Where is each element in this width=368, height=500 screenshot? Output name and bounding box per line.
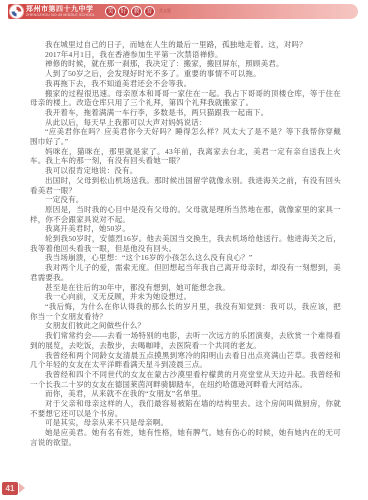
paragraph: 原因是，当时我的心目中是没有父母的。父母就是理所当然地在那，就像家里的家具一样，… — [30, 205, 341, 224]
paragraph: 妈咪在，猫咪在，那里就是家了。43年前，我离家去台北，美君一定有亲自送我上火车。… — [30, 147, 341, 166]
magazine-page: { "header": { "school_name": "郑州市第四十九中学"… — [0, 0, 368, 500]
paragraph: 我再拖下去，我不知道美君还会不会等我。 — [30, 79, 341, 89]
school-subtitle: ZHENGZHOU NO.49 MIDDLE SCHOOL — [26, 14, 95, 18]
paragraph: “我后悔，为什么在你认得我的那么长的岁月里，我没有知觉到：我可以，我应该，把你当… — [30, 302, 341, 321]
paragraph: 搬家的过程很迅速。母亲原本和哥哥一家住在一起。我占下哥哥的顶楼仓库，等于住在母亲… — [30, 89, 341, 108]
badge-char-4: 育 — [147, 9, 153, 15]
school-logo-icon — [10, 5, 23, 18]
paragraph: 我离开美君时，她50岁。 — [30, 224, 341, 234]
paragraph: 我对两个儿子的爱，需索无度。但回想起当年我自己离开母亲时，却没有一刻想到，美君需… — [30, 263, 341, 282]
paragraph: 人到了50岁之后，会发现好时光不多了。重要的事情不可以拖。 — [30, 69, 341, 79]
paragraph: 我们常常约会——去看一场特别的电影，去听一次远方的乐团演奏，去欣赏一个难得看到的… — [30, 331, 341, 350]
paragraph: 一定没有。 — [30, 195, 341, 205]
paragraph: 出国时，父母到松山机场送我。那时候出国留学就像永别。我进海关之前，有没有回头看美… — [30, 176, 341, 195]
paragraph: 甚至是在往后的30年中，都没有想到，她可能想念我。 — [30, 283, 341, 293]
paragraph: 从此以后，每天早上我都可以大声对妈妈说话： — [30, 118, 341, 128]
badge-row: 美 好 教 育 — [105, 6, 157, 17]
edition-label: 美文版 — [159, 9, 171, 13]
article-body: 我在城里过自己的日子，而她在人生的最后一里路，孤独地走着。这，对吗？ 2017年… — [30, 40, 341, 448]
paragraph: 我曾经和两个同龄女友清晨五点摸黑到寒冷的阳明山去看日出点亮满山芒草。我曾经和几个… — [30, 351, 341, 370]
paragraph: 可是其实，母亲从来不只是母亲啊。 — [30, 418, 341, 428]
page-number: 41 — [6, 485, 15, 493]
paragraph: 轮到我50岁时，安德烈16岁。他去美国当交换生，我去机场给他送行。他进海关之后，… — [30, 234, 341, 253]
badge-char-2: 好 — [121, 9, 127, 15]
paragraph: 我开着车，拖着满满一车行李，多数是书，两只猫跟我一起南下。 — [30, 108, 341, 118]
badge-circle-4: 育 — [144, 6, 155, 17]
paragraph: 我在城里过自己的日子，而她在人生的最后一里路，孤独地走着。这，对吗？ — [30, 40, 341, 50]
paragraph: “应美君你在吗？应美君你今天好吗？睡得怎么样？风太大了是不是？等下我帮你穿戴围巾… — [30, 127, 341, 146]
paragraph: 我可以很肯定地说：没有。 — [30, 166, 341, 176]
header-ribbon: 郑州市第四十九中学 ZHENGZHOU NO.49 MIDDLE SCHOOL … — [8, 4, 358, 19]
badge-char-1: 美 — [108, 9, 114, 15]
paragraph: 对于父亲和母亲这样的人，我们最容易被陷在墙的结构里去。这个房间叫做厨房，你就不要… — [30, 399, 341, 418]
paragraph: 我当场崩溃，心里想：“这个16岁的小孩怎么这么没有良心？” — [30, 253, 341, 263]
school-name: 郑州市第四十九中学 — [26, 6, 95, 13]
paragraph: 而你，美君，从来就不在我的“女朋友”名单里。 — [30, 389, 341, 399]
paragraph: 她是应美君。她有名有姓，她有性格，她有脾气。她有伤心的时候，她有她内在的无可言说… — [30, 428, 341, 447]
paragraph: 女朋友们彼此之间做些什么？ — [30, 321, 341, 331]
badge-circle-2: 好 — [118, 6, 129, 17]
paragraph: 禅修的时候，就在那一刹那，我决定了：搬家，搬回屏东，照顾美君。 — [30, 59, 341, 69]
paragraph: 2017年4月1日，我在香港参加生平第一次禁语禅修。 — [30, 50, 341, 60]
page-number-badge: 41 — [2, 482, 18, 495]
badge-circle-1: 美 — [105, 6, 116, 17]
school-name-block: 郑州市第四十九中学 ZHENGZHOU NO.49 MIDDLE SCHOOL — [26, 6, 95, 18]
page-chevron-icon — [19, 483, 25, 493]
badge-char-3: 教 — [134, 9, 140, 15]
badge-circle-3: 教 — [131, 6, 142, 17]
paragraph: 我一心向前，义无反顾，并未为她设想过。 — [30, 292, 341, 302]
paragraph: 我曾经和四个不同世代的女友在蒙古沙漠里看柠檬黄的月亮堂堂从天边升起。我曾经和一个… — [30, 370, 341, 389]
